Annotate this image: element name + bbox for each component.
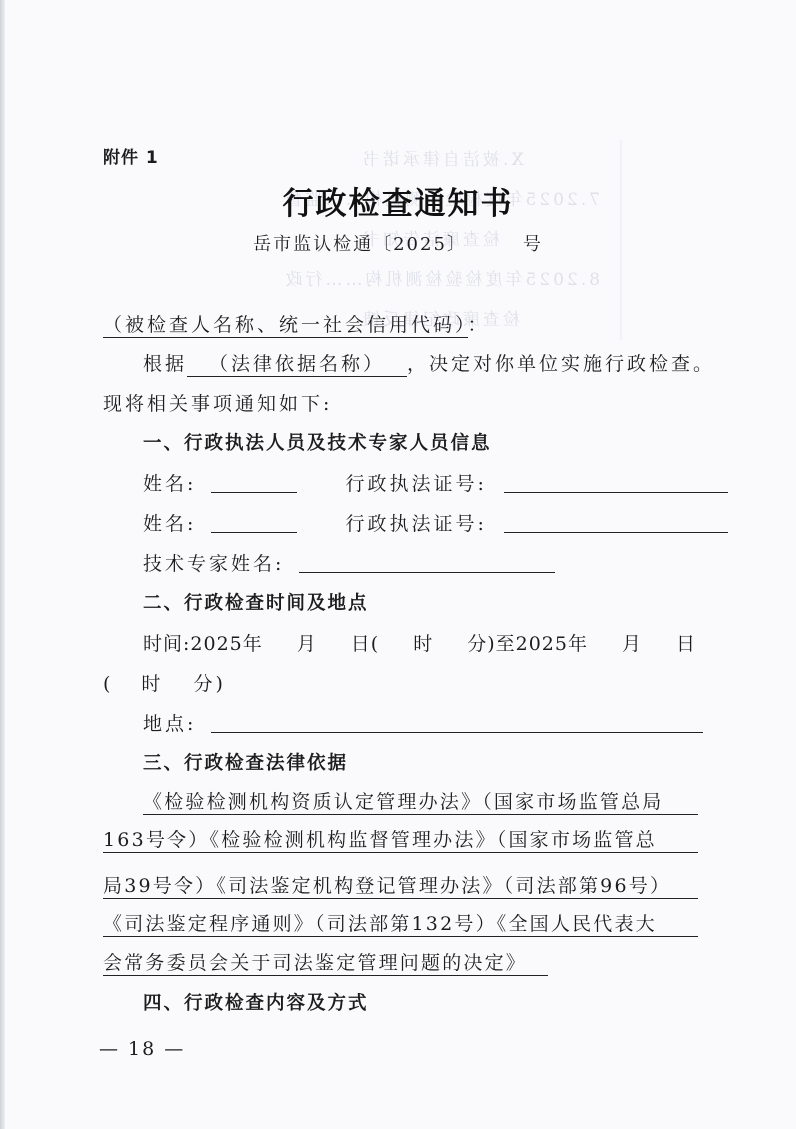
expert-name-label: 技术专家姓名: [143, 553, 284, 575]
intro-line-2: 现将相关事项通知如下: [103, 389, 332, 416]
end-minute[interactable]: 分) [193, 673, 225, 695]
end-month[interactable]: 月 [622, 633, 642, 655]
ghost-line: X.被洁自律承诺书 [360, 140, 600, 180]
doc-number-prefix: 岳市监认检通〔2025〕 [253, 234, 467, 255]
officer-cert-field[interactable] [504, 512, 728, 533]
doc-number-suffix: 号 [523, 234, 543, 255]
law-line: 《检验检测机构资质认定管理办法》（国家市场监管总局 [143, 790, 698, 815]
time-row: 时间:2025年月日(时分)至2025年月日 [143, 629, 696, 656]
scan-edge [0, 0, 5, 1129]
place-label: 地点: [143, 713, 196, 735]
start-month[interactable]: 月 [297, 633, 317, 655]
document-number: 岳市监认检通〔2025〕号 [0, 230, 796, 256]
officer-name-field[interactable] [211, 472, 297, 493]
intro-tail: ，决定对你单位实施行政检查。 [407, 353, 715, 375]
time-label: 时间: [143, 633, 190, 655]
document-title: 行政检查通知书 [0, 178, 796, 223]
place-row: 地点: [143, 709, 703, 736]
start-day[interactable]: 日( [351, 633, 379, 655]
law-line: 《司法鉴定程序通则》（司法部第132号）《全国人民代表大 [103, 912, 698, 937]
law-line: 局39号令）《司法鉴定机构登记管理办法》（司法部第96号） [103, 874, 698, 899]
expert-name-field[interactable] [299, 552, 555, 573]
time-row-2: (时分) [103, 669, 226, 696]
expert-row: 技术专家姓名: [143, 549, 555, 576]
section-heading-1: 一、行政执法人员及技术专家人员信息 [143, 429, 492, 455]
section-heading-3: 三、行政检查法律依据 [143, 749, 348, 775]
ghost-line: 8.2025年度检验检测机构……行政 [360, 260, 600, 300]
start-year: 2025年 [190, 633, 262, 655]
officer-row-2: 姓名: 行政执法证号: [143, 509, 728, 536]
recipient-field[interactable]: （被检查人名称、统一社会信用代码） [103, 314, 468, 338]
section-heading-2: 二、行政检查时间及地点 [143, 589, 369, 615]
place-field[interactable] [211, 712, 703, 733]
officer-cert-label: 行政执法证号: [346, 473, 487, 495]
attachment-label: 附件 1 [103, 143, 159, 168]
section-heading-4: 四、行政检查内容及方式 [143, 989, 369, 1015]
end-hour[interactable]: 时 [141, 673, 163, 695]
officer-name-label: 姓名: [143, 473, 196, 495]
open-paren: ( [103, 673, 113, 695]
officer-name-label: 姓名: [143, 513, 196, 535]
intro-lead: 根据 [143, 353, 187, 375]
recipient-colon: ： [468, 314, 490, 336]
page-number: — 18 — [99, 1038, 185, 1060]
recipient-line: （被检查人名称、统一社会信用代码）： [103, 310, 490, 337]
end-day[interactable]: 日 [676, 633, 696, 655]
officer-name-field[interactable] [211, 512, 297, 533]
intro-line: 根据（法律依据名称），决定对你单位实施行政检查。 [143, 349, 715, 376]
officer-cert-label: 行政执法证号: [346, 513, 487, 535]
start-hour[interactable]: 时 [413, 633, 433, 655]
law-line: 会常务委员会关于司法鉴定管理问题的决定》 [103, 951, 548, 976]
legal-basis-placeholder: （法律依据名称） [209, 353, 385, 375]
officer-row-1: 姓名: 行政执法证号: [143, 469, 728, 496]
law-line: 163号令）《检验检测机构监督管理办法》（国家市场监管总 [103, 828, 698, 853]
end-year: 分)至2025年 [467, 633, 588, 655]
officer-cert-field[interactable] [504, 472, 728, 493]
legal-basis-field[interactable]: （法律依据名称） [187, 353, 407, 377]
